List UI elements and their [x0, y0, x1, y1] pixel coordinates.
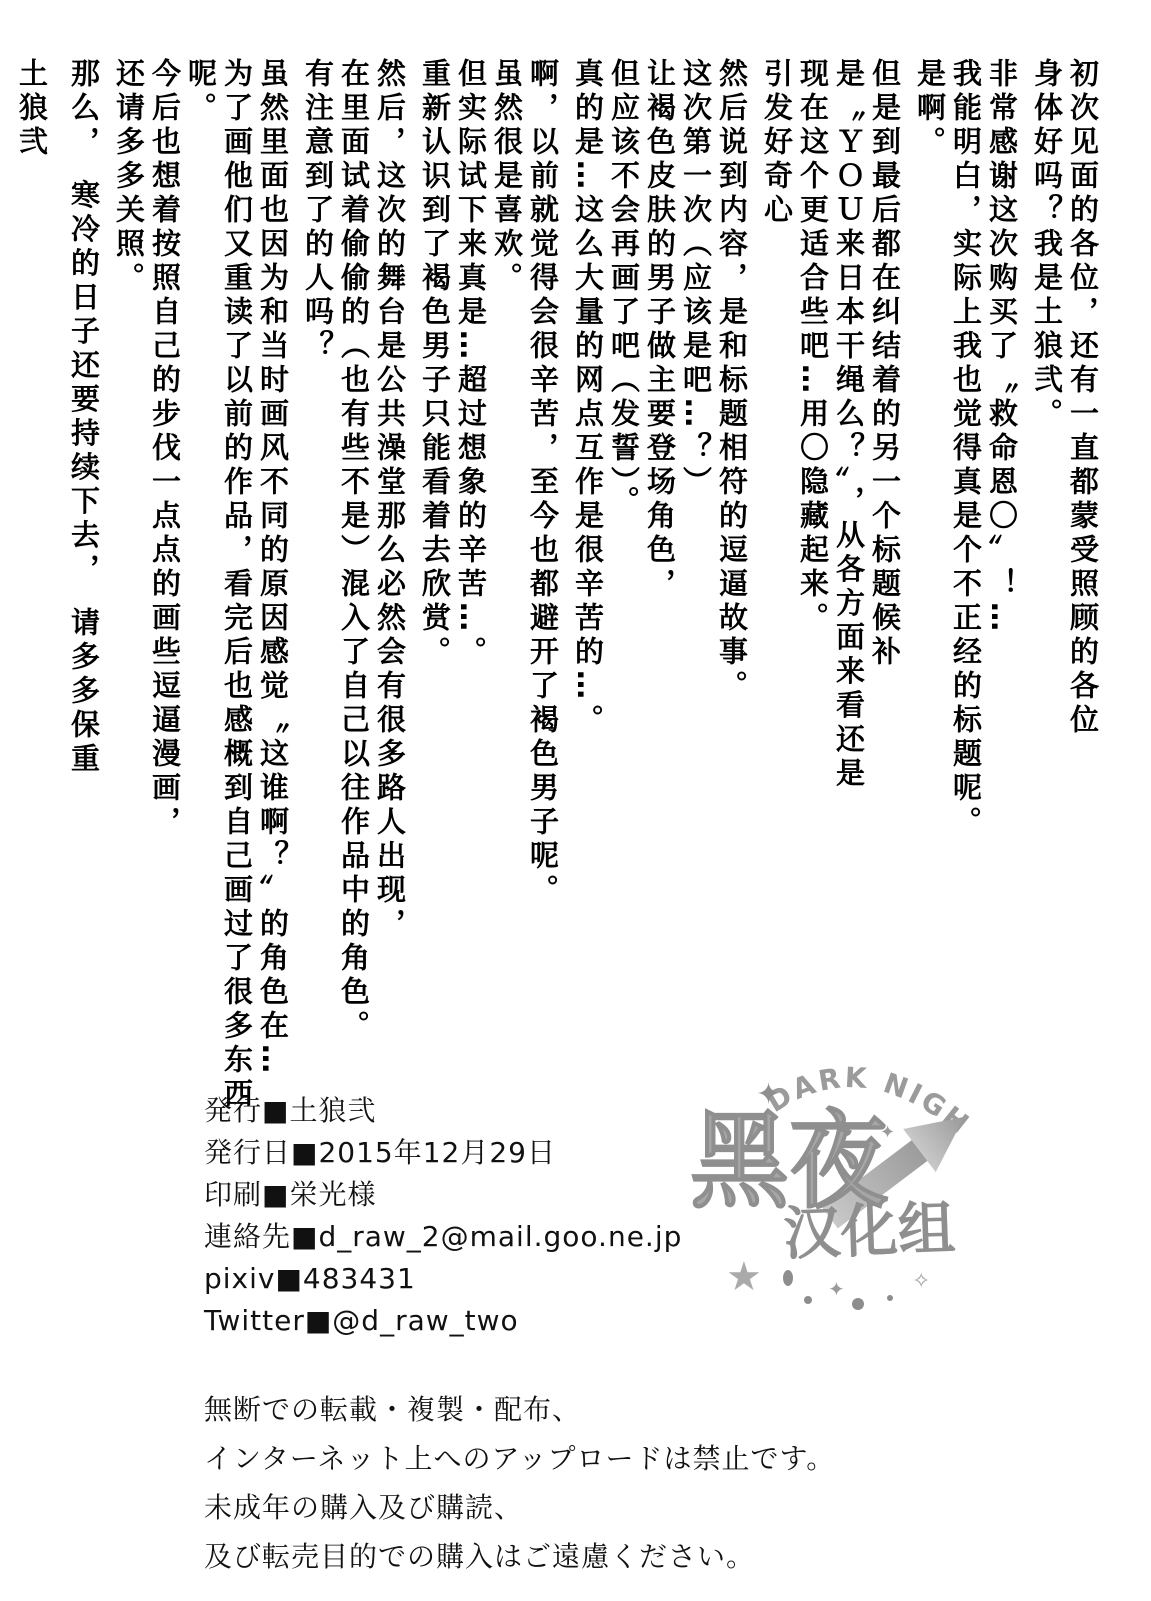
text-column: 重新认识到了褐色男子只能看着去欣赏。	[417, 58, 453, 1158]
paragraph-group: 初次见面的各位，还有一直都蒙受照顾的各位 身体好吗？我是土狼弐。	[1029, 58, 1101, 1158]
colophon-block: 発行■土狼弐 発行日■2015年12月29日 印刷■栄光様 連絡先■d_raw_…	[204, 1090, 682, 1342]
text-column: 那么， 寒冷的日子还要持续下去， 请多多保重	[66, 58, 102, 1158]
text-column: 然后，这次的舞台是公共澡堂那么必然会有很多路人出现，	[372, 58, 408, 1158]
afterword-text-block: 初次见面的各位，还有一直都蒙受照顾的各位 身体好吗？我是土狼弐。 非常感谢这次购…	[5, 58, 1101, 1158]
text-column: 啊，以前就觉得会很辛苦，至今也都避开了褐色男子呢。	[525, 58, 561, 1158]
text-column: 有注意到了的人吗？	[300, 58, 336, 1158]
author-signature: 土狼弐	[14, 58, 50, 1158]
text-column: 引发好奇心	[759, 58, 795, 1158]
text-column: 今后也想着按照自己的步伐一点点的画些逗逼漫画，	[147, 58, 183, 1158]
text-column: 身体好吗？我是土狼弐。	[1029, 58, 1065, 1158]
paragraph-group: 然后，这次的舞台是公共澡堂那么必然会有很多路人出现， 在里面试着偷偷的（也有些不…	[300, 58, 408, 1158]
scanlation-group-logo: DARK NIGHT 黑夜 汉化组 ✦ ✦ ★ ✦ ✧	[668, 1038, 988, 1313]
disclaimer-block: 無断での転載・複製・配布、 インターネット上へのアップロードは禁止です。 未成年…	[204, 1385, 835, 1581]
text-column: 真的是…这么大量的网点互作是很辛苦的…。	[570, 58, 606, 1158]
text-column: 但实际试下来真是…超过想象的辛苦…。	[453, 58, 489, 1158]
text-column: 土狼弐	[14, 58, 50, 1158]
colophon-line-printer: 印刷■栄光様	[204, 1174, 682, 1216]
text-column: 但是到最后都在纠结着的另一个标题候补	[867, 58, 903, 1158]
text-column: 是〝ＹＯＵ来日本干绳么？〟，从各方面来看还是	[831, 58, 867, 1158]
text-column: 还请多多关照。	[111, 58, 147, 1158]
colophon-line-pixiv-id: pixiv■483431	[204, 1258, 682, 1300]
text-column: 在里面试着偷偷的（也有些不是）混入了自己以往作品中的角色。	[336, 58, 372, 1158]
text-column: 为了画他们又重读了以前的作品，看完后也感概到自己画过了很多东西呢。	[183, 58, 255, 1158]
text-column: 现在这个更适合些吧…用〇隐藏起来。	[795, 58, 831, 1158]
paragraph-group: 虽然里面也因为和当时画风不同的原因感觉〝这谁啊？〟的角色在… 为了画他们又重读了…	[111, 58, 291, 1158]
disclaimer-line: 無断での転載・複製・配布、	[204, 1385, 835, 1434]
text-column: 非常感谢这次购买了〝救命恩〇〟！…	[984, 58, 1020, 1158]
disclaimer-line: インターネット上へのアップロードは禁止です。	[204, 1434, 835, 1483]
colophon-line-contact-email: 連絡先■d_raw_2@mail.goo.ne.jp	[204, 1216, 682, 1258]
paragraph-group: 啊，以前就觉得会很辛苦，至今也都避开了褐色男子呢。 虽然很是喜欢。 但实际试下来…	[417, 58, 561, 1158]
disclaimer-line: 未成年の購入及び購読、	[204, 1483, 835, 1532]
colophon-line-twitter-handle: Twitter■@d_raw_two	[204, 1300, 682, 1342]
text-column: 这次第一次（应该是吧…？）	[678, 58, 714, 1158]
colophon-line-publisher: 発行■土狼弐	[204, 1090, 682, 1132]
text-column: 然后说到内容，是和标题相符的逗逼故事。	[714, 58, 750, 1158]
logo-sub-text: 汉化组	[782, 1194, 956, 1268]
text-column: 初次见面的各位，还有一直都蒙受照顾的各位	[1065, 58, 1101, 1158]
star-icon: ✦	[828, 1277, 845, 1301]
text-column: 我能明白，实际上我也觉得真是个不正经的标题呢。	[948, 58, 984, 1158]
paragraph-group: 那么， 寒冷的日子还要持续下去， 请多多保重	[66, 58, 102, 1158]
star-icon: ★	[726, 1254, 762, 1300]
star-icon: ✧	[912, 1269, 930, 1294]
text-column: 虽然里面也因为和当时画风不同的原因感觉〝这谁啊？〟的角色在…	[255, 58, 291, 1158]
paragraph-group: 然后说到内容，是和标题相符的逗逼故事。 这次第一次（应该是吧…？） 让褐色皮肤的…	[570, 58, 750, 1158]
doujinshi-afterword-page: 初次见面的各位，还有一直都蒙受照顾的各位 身体好吗？我是土狼弐。 非常感谢这次购…	[0, 0, 1151, 1601]
disclaimer-line: 及び転売目的での購入はご遠慮ください。	[204, 1532, 835, 1581]
star-icon: ✦	[880, 1122, 895, 1143]
colophon-line-publish-date: 発行日■2015年12月29日	[204, 1132, 682, 1174]
text-column: 虽然很是喜欢。	[489, 58, 525, 1158]
paragraph-group: 非常感谢这次购买了〝救命恩〇〟！… 我能明白，实际上我也觉得真是个不正经的标题呢…	[912, 58, 1020, 1158]
text-column: 是啊。	[912, 58, 948, 1158]
text-column: 让褐色皮肤的男子做主要登场角色，	[642, 58, 678, 1158]
paragraph-group: 但是到最后都在纠结着的另一个标题候补 是〝ＹＯＵ来日本干绳么？〟，从各方面来看还…	[759, 58, 903, 1158]
text-column: 但应该不会再画了吧（发誓）。	[606, 58, 642, 1158]
star-icon: ✦	[756, 1077, 781, 1112]
